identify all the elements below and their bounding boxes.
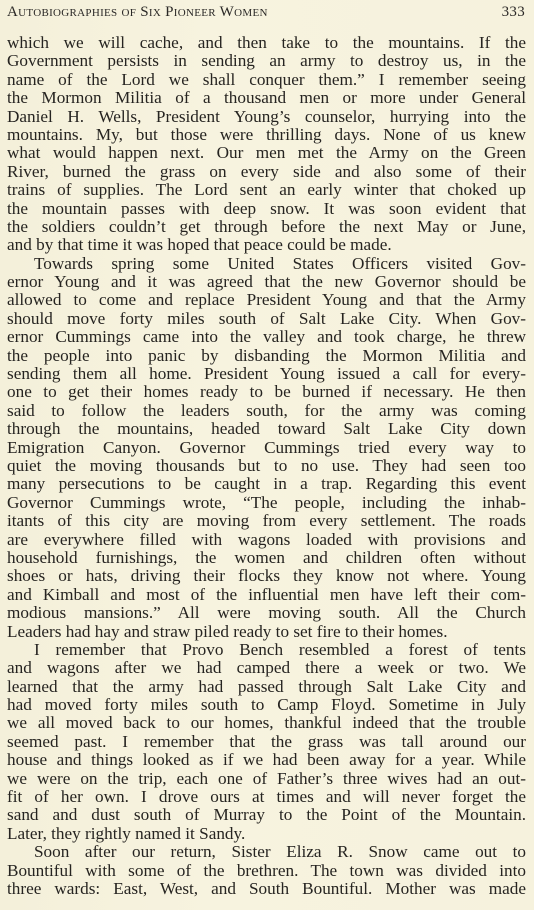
text-line: ernor Cummings came into the valley and … (7, 328, 526, 346)
text-line: itants of this city are moving from ever… (7, 512, 526, 530)
text-line: should move forty miles south of Salt La… (7, 310, 526, 328)
text-line: allowed to come and replace President Yo… (7, 291, 526, 309)
text-line: ernor Young and it was agreed that the n… (7, 273, 526, 291)
running-title: Autobiographies of Six Pioneer Women (7, 4, 268, 21)
page-number: 333 (502, 4, 525, 21)
text-line: many persecutions to be caught in a trap… (7, 475, 526, 493)
text-line: sand and dust south of Murray to the Poi… (7, 806, 526, 824)
text-line: we were on the trip, each one of Father’… (7, 770, 526, 788)
text-line: one to get their homes ready to be burne… (7, 383, 526, 401)
book-page: Autobiographies of Six Pioneer Women 333… (0, 0, 534, 910)
body-text: which we will cache, and then take to th… (7, 34, 526, 898)
text-line: name of the Lord we shall conquer them.”… (7, 71, 526, 89)
text-line: the mountain passes with deep snow. It w… (7, 200, 526, 218)
text-line: what would happen next. Our men met the … (7, 144, 526, 162)
text-line: Soon after our return, Sister Eliza R. S… (7, 843, 526, 861)
text-line: through the mountains, headed toward Sal… (7, 420, 526, 438)
text-line: are everywhere filled with wagons loaded… (7, 531, 526, 549)
text-line: and by that time it was hoped that peace… (7, 236, 526, 254)
text-line: trains of supplies. The Lord sent an ear… (7, 181, 526, 199)
text-line: had moved forty miles south to Camp Floy… (7, 696, 526, 714)
text-line: the Mormon Militia of a thousand men or … (7, 89, 526, 107)
paragraph: I remember that Provo Bench resembled a … (7, 641, 526, 843)
text-line: Daniel H. Wells, President Young’s couns… (7, 108, 526, 126)
paragraph: Soon after our return, Sister Eliza R. S… (7, 843, 526, 898)
text-line: fit of her own. I drove ours at times an… (7, 788, 526, 806)
text-line: Governor Cummings wrote, “The people, in… (7, 494, 526, 512)
text-line: Later, they rightly named it Sandy. (7, 825, 526, 843)
text-line: River, burned the grass on every side an… (7, 163, 526, 181)
text-line: which we will cache, and then take to th… (7, 34, 526, 52)
text-line: learned that the army had passed through… (7, 678, 526, 696)
text-line: Emigration Canyon. Governor Cummings tri… (7, 439, 526, 457)
text-line: Bountiful with some of the brethren. The… (7, 862, 526, 880)
text-line: the soldiers couldn’t get through before… (7, 218, 526, 236)
text-line: I remember that Provo Bench resembled a … (7, 641, 526, 659)
text-line: and wagons after we had camped there a w… (7, 659, 526, 677)
text-line: three wards: East, West, and South Bount… (7, 880, 526, 898)
text-line: household furnishings, the women and chi… (7, 549, 526, 567)
text-line: mountains. My, but those were thrilling … (7, 126, 526, 144)
text-line: seemed past. I remember that the grass w… (7, 733, 526, 751)
text-line: quiet the moving thousands but to no use… (7, 457, 526, 475)
running-header: Autobiographies of Six Pioneer Women 333 (7, 4, 525, 24)
text-line: the people into panic by disbanding the … (7, 347, 526, 365)
text-line: Towards spring some United States Office… (7, 255, 526, 273)
paragraph: Towards spring some United States Office… (7, 255, 526, 641)
text-line: Government persists in sending an army t… (7, 52, 526, 70)
text-line: Leaders had hay and straw piled ready to… (7, 623, 526, 641)
text-line: said to follow the leaders south, for th… (7, 402, 526, 420)
text-line: sending them all home. President Young i… (7, 365, 526, 383)
text-line: modious mansions.” All were moving south… (7, 604, 526, 622)
text-line: house and things looked as if we had bee… (7, 751, 526, 769)
text-line: and Kimball and most of the influential … (7, 586, 526, 604)
paragraph: which we will cache, and then take to th… (7, 34, 526, 255)
text-line: shoes or hats, driving their flocks they… (7, 567, 526, 585)
text-line: we all moved back to our homes, thankful… (7, 714, 526, 732)
